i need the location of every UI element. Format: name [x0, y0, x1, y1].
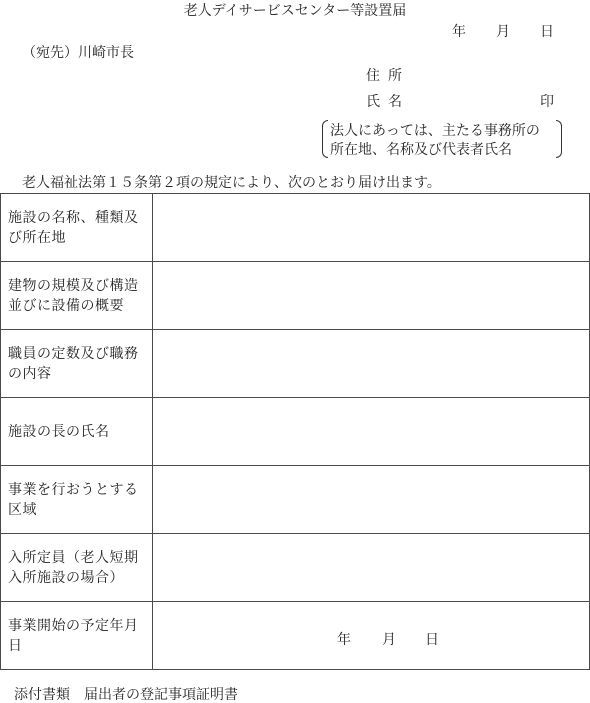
corporation-note: 法人にあっては、主たる事務所の 所在地、名称及び代表者氏名 [322, 120, 562, 160]
document-title: 老人デイサービスセンター等設置届 [0, 4, 590, 18]
start-year-label: 年 [337, 629, 351, 649]
start-day-label: 日 [425, 629, 439, 649]
date-year-label: 年 [452, 25, 466, 39]
addressee: （宛先）川崎市長 [22, 46, 134, 60]
applicant-name-label: 氏名 [366, 95, 410, 109]
row-label: 事業開始の予定年月 日 [1, 602, 153, 670]
facility-name-field[interactable] [153, 194, 590, 262]
application-form-table: 施設の名称、種類及 び所在地 建物の規模及び構造 並びに設備の概要 職員の定数及… [0, 193, 590, 670]
intro-statement: 老人福祉法第１５条第２項の規定により、次のとおり届け出ます。 [22, 176, 441, 190]
row-label: 施設の長の氏名 [1, 398, 153, 466]
building-overview-field[interactable] [153, 262, 590, 330]
left-bracket [322, 120, 328, 158]
label-char: 住 [366, 69, 388, 83]
table-row: 事業開始の予定年月 日 年 月 日 [1, 602, 590, 670]
director-name-field[interactable] [153, 398, 590, 466]
table-row: 入所定員（老人短期 入所施設の場合） [1, 534, 590, 602]
table-row: 施設の長の氏名 [1, 398, 590, 466]
seal-mark: 印 [540, 95, 554, 109]
right-bracket [556, 120, 562, 158]
corporation-note-text: 法人にあっては、主たる事務所の 所在地、名称及び代表者氏名 [330, 122, 540, 160]
row-label: 建物の規模及び構造 並びに設備の概要 [1, 262, 153, 330]
label-char: 所 [388, 69, 410, 83]
service-area-field[interactable] [153, 466, 590, 534]
capacity-field[interactable] [153, 534, 590, 602]
row-label: 事業を行おうとする 区域 [1, 466, 153, 534]
date-day-label: 日 [540, 25, 554, 39]
applicant-address-label: 住所 [366, 69, 410, 83]
row-label: 入所定員（老人短期 入所施設の場合） [1, 534, 153, 602]
label-char: 名 [388, 95, 410, 109]
label-char: 氏 [366, 95, 388, 109]
attachments-note: 添付書類 届出者の登記事項証明書 [14, 688, 238, 702]
start-date-field[interactable]: 年 月 日 [153, 602, 590, 670]
row-label: 施設の名称、種類及 び所在地 [1, 194, 153, 262]
date-month-label: 月 [496, 25, 510, 39]
staff-field[interactable] [153, 330, 590, 398]
row-label: 職員の定数及び職務 の内容 [1, 330, 153, 398]
table-row: 建物の規模及び構造 並びに設備の概要 [1, 262, 590, 330]
note-line-1: 法人にあっては、主たる事務所の [330, 122, 540, 141]
table-row: 事業を行おうとする 区域 [1, 466, 590, 534]
start-month-label: 月 [382, 629, 396, 649]
note-line-2: 所在地、名称及び代表者氏名 [330, 141, 540, 160]
table-row: 職員の定数及び職務 の内容 [1, 330, 590, 398]
table-row: 施設の名称、種類及 び所在地 [1, 194, 590, 262]
